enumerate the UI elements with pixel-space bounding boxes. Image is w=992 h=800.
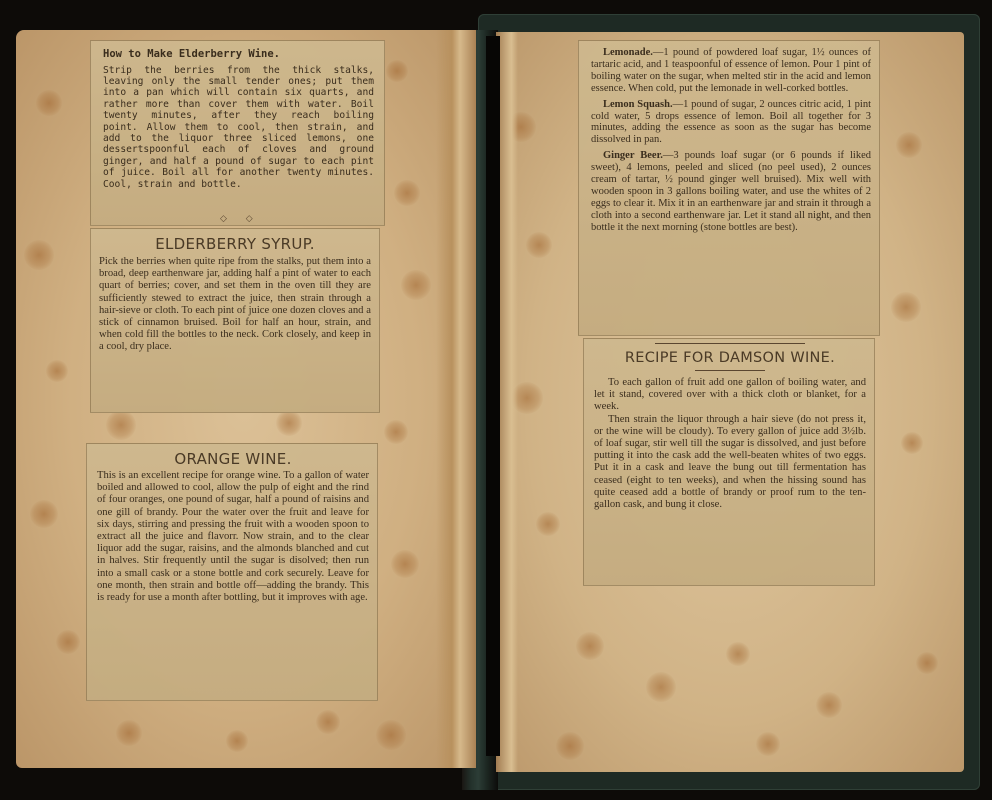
recipe-heading: Lemon Squash. (591, 99, 673, 110)
clipping-elderberry-wine: How to Make Elderberry Wine. Strip the b… (90, 40, 385, 226)
clipping-paragraph: To each gallon of fruit add one gallon o… (594, 377, 866, 414)
clipping-title: RECIPE FOR DAMSON WINE. (594, 350, 866, 366)
foxing-spot (276, 410, 302, 436)
foxing-spot (916, 652, 938, 674)
clipping-title: ELDERBERRY SYRUP. (99, 235, 371, 253)
clipping-paragraph: Then strain the liquor through a hair si… (594, 414, 866, 512)
clipping-orange-wine: ORANGE WINE. This is an excellent recipe… (86, 443, 378, 701)
title-underline (695, 370, 765, 371)
foxing-spot (106, 410, 136, 440)
foxing-spot (36, 90, 62, 116)
foxing-spot (816, 692, 842, 718)
recipe-lemon-squash: Lemon Squash.—1 pound of sugar, 2 ounces… (591, 99, 871, 147)
clipping-title: ORANGE WINE. (97, 450, 369, 468)
foxing-spot (316, 710, 340, 734)
foxing-spot (526, 232, 552, 258)
foxing-spot (726, 642, 750, 666)
foxing-spot (376, 720, 406, 750)
clipping-damson-wine: RECIPE FOR DAMSON WINE. To each gallon o… (583, 338, 875, 586)
clipping-title: How to Make Elderberry Wine. (103, 49, 374, 61)
foxing-spot (30, 500, 58, 528)
clipping-elderberry-syrup: ELDERBERRY SYRUP. Pick the berries when … (90, 228, 380, 413)
left-page-gutter (436, 30, 476, 768)
foxing-spot (891, 292, 921, 322)
clipping-lemonade-squash-gingerbeer: Lemonade.—1 pound of powdered loaf sugar… (578, 40, 880, 336)
clipping-body: Strip the berries from the thick stalks,… (103, 65, 374, 190)
foxing-spot (24, 240, 54, 270)
recipe-lemonade: Lemonade.—1 pound of powdered loaf sugar… (591, 47, 871, 95)
foxing-spot (576, 632, 604, 660)
foxing-spot (226, 730, 248, 752)
top-rule (655, 343, 805, 344)
recipe-body: —3 pounds loaf sugar (or 6 pounds if lik… (591, 150, 871, 232)
recipe-heading: Lemonade. (591, 47, 653, 58)
open-scrapbook: How to Make Elderberry Wine. Strip the b… (0, 0, 992, 800)
foxing-spot (896, 132, 922, 158)
foxing-spot (384, 420, 408, 444)
clipping-body: Pick the berries when quite ripe from th… (99, 256, 371, 354)
recipe-ginger-beer: Ginger Beer.—3 pounds loaf sugar (or 6 p… (591, 150, 871, 233)
recipe-heading: Ginger Beer. (591, 150, 663, 161)
foxing-spot (394, 180, 420, 206)
foxing-spot (901, 432, 923, 454)
ornament-divider: ◇ ◇ (220, 214, 261, 224)
foxing-spot (536, 512, 560, 536)
foxing-spot (56, 630, 80, 654)
foxing-spot (401, 270, 431, 300)
foxing-spot (386, 60, 408, 82)
foxing-spot (756, 732, 780, 756)
foxing-spot (646, 672, 676, 702)
foxing-spot (46, 360, 68, 382)
foxing-spot (391, 550, 419, 578)
gutter-shadow (486, 36, 500, 756)
foxing-spot (556, 732, 584, 760)
foxing-spot (116, 720, 142, 746)
clipping-body: This is an excellent recipe for orange w… (97, 470, 369, 604)
